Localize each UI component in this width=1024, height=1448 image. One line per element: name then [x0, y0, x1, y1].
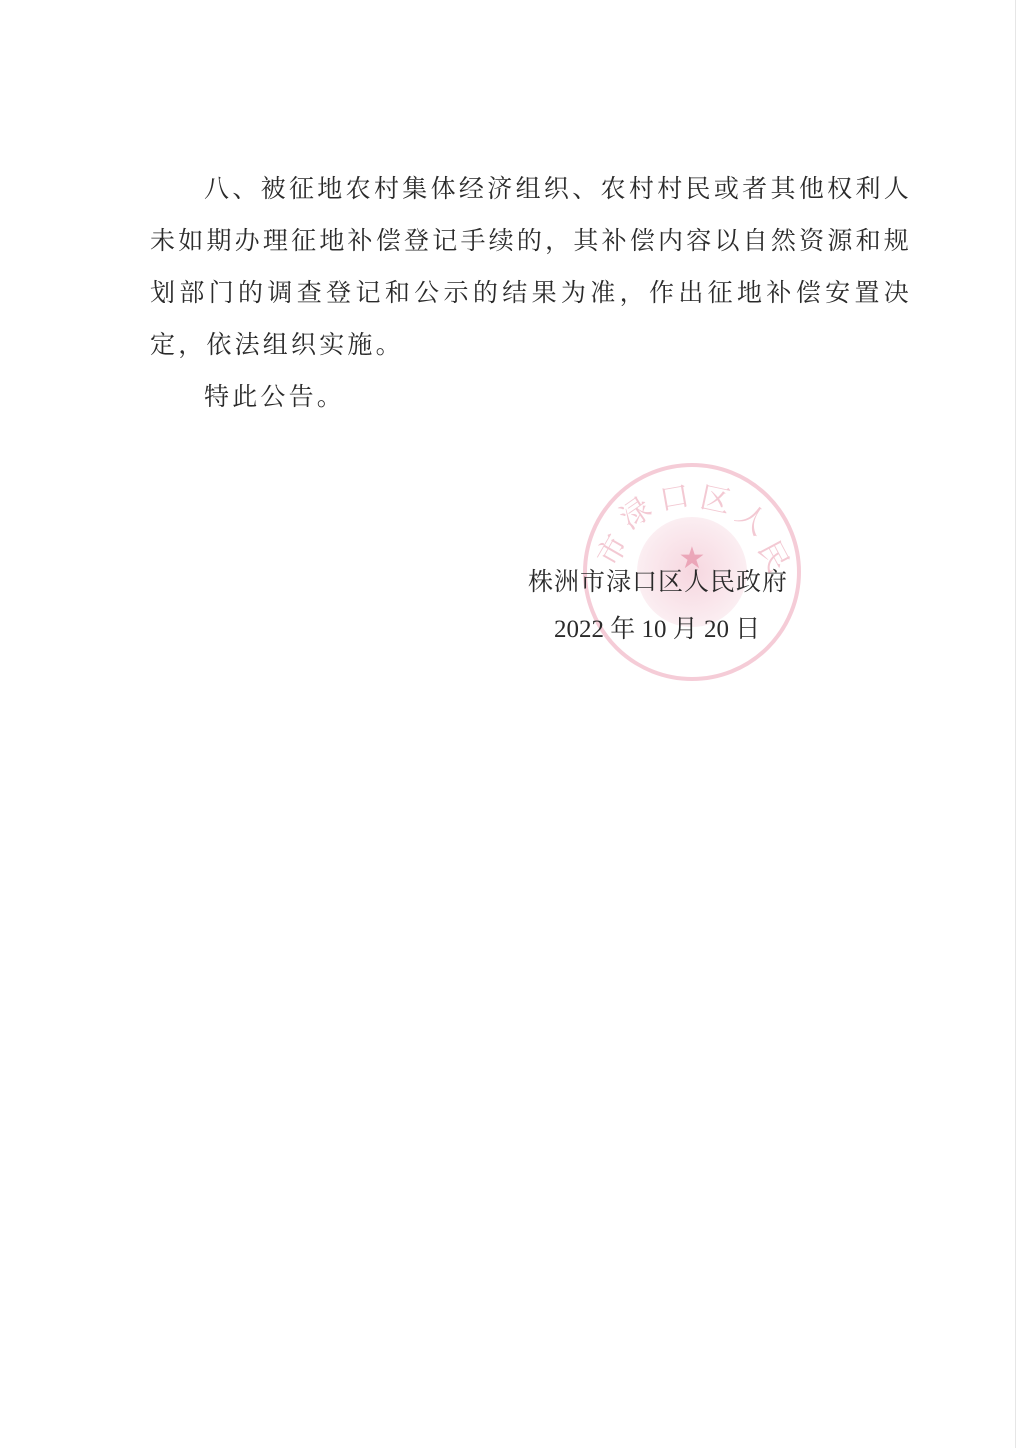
signature-block: 株洲市渌口区人民政府 2022 年 10 月 20 日 — [528, 558, 828, 654]
issue-date: 2022 年 10 月 20 日 — [528, 606, 828, 654]
document-body: 八、被征地农村集体经济组织、农村村民或者其他权利人未如期办理征地补偿登记手续的，… — [150, 163, 912, 423]
closing-paragraph: 特此公告。 — [150, 371, 912, 423]
page-edge — [1015, 0, 1016, 1448]
issuing-organization: 株洲市渌口区人民政府 — [528, 558, 828, 606]
clause-8-paragraph: 八、被征地农村集体经济组织、农村村民或者其他权利人未如期办理征地补偿登记手续的，… — [150, 163, 912, 371]
